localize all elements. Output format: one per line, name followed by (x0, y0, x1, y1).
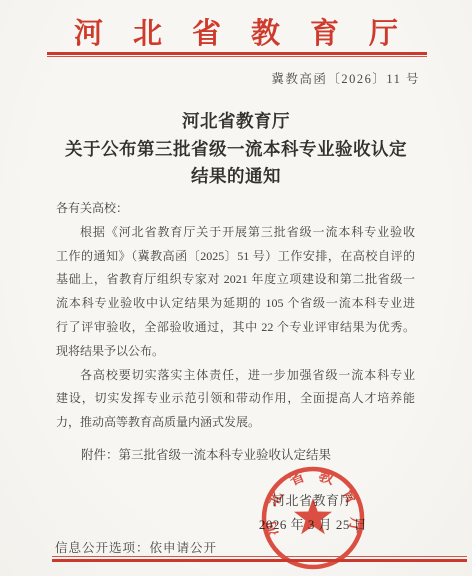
paragraph-1-line: 行了评审验收，全部验收通过，其中 22 个专业评审结果为优秀。 (56, 316, 415, 340)
document-title: 河北省教育厅 关于公布第三批省级一流本科专业验收认定 结果的通知 (0, 108, 472, 191)
seal-star-icon (294, 498, 332, 534)
paragraph-1-line: 基础上，省教育厅组织专家对 2021 年度立项建设和第二批省级一 (56, 268, 415, 292)
document-page: 河北省教育厅 冀教高函〔2026〕11 号 河北省教育厅 关于公布第三批省级一流… (0, 0, 472, 576)
salutation: 各有关高校： (56, 197, 415, 221)
paragraph-2-line: 建设，切实发挥专业示范引领和带动作用，全面提高人才培养能 (56, 387, 415, 411)
paragraph-1-line: 流本科专业验收中认定结果为延期的 105 个省级一流本科专业进 (56, 292, 415, 316)
footer-divider-thick-line (52, 559, 467, 562)
paragraph-2-line: 各高校要切实落实主体责任，进一步加强省级一流本科专业 (56, 364, 415, 388)
document-number: 冀教高函〔2026〕11 号 (271, 69, 420, 87)
paragraph-1-line: 根据《河北省教育厅关于开展第三批省级一流本科专业验收 (56, 221, 415, 245)
letterhead-divider (47, 52, 427, 57)
paragraph-1-line: 工作的通知》（冀教高函〔2025〕51 号）工作安排，在高校自评的 (56, 245, 415, 269)
document-title-line-3: 结果的通知 (0, 163, 472, 191)
paragraph-1-line: 现将结果予以公布。 (56, 340, 415, 364)
document-title-line-2: 关于公布第三批省级一流本科专业验收认定 (0, 136, 472, 164)
letterhead-agency-name: 河北省教育厅 (0, 11, 472, 52)
letterhead-divider-thin-line (47, 56, 427, 57)
document-body: 各有关高校： 根据《河北省教育厅关于开展第三批省级一流本科专业验收 工作的通知》… (56, 197, 415, 435)
document-title-line-1: 河北省教育厅 (0, 108, 472, 136)
paragraph-2-line: 力，推动高等教育高质量内涵式发展。 (56, 411, 415, 435)
footer-divider (52, 556, 467, 562)
